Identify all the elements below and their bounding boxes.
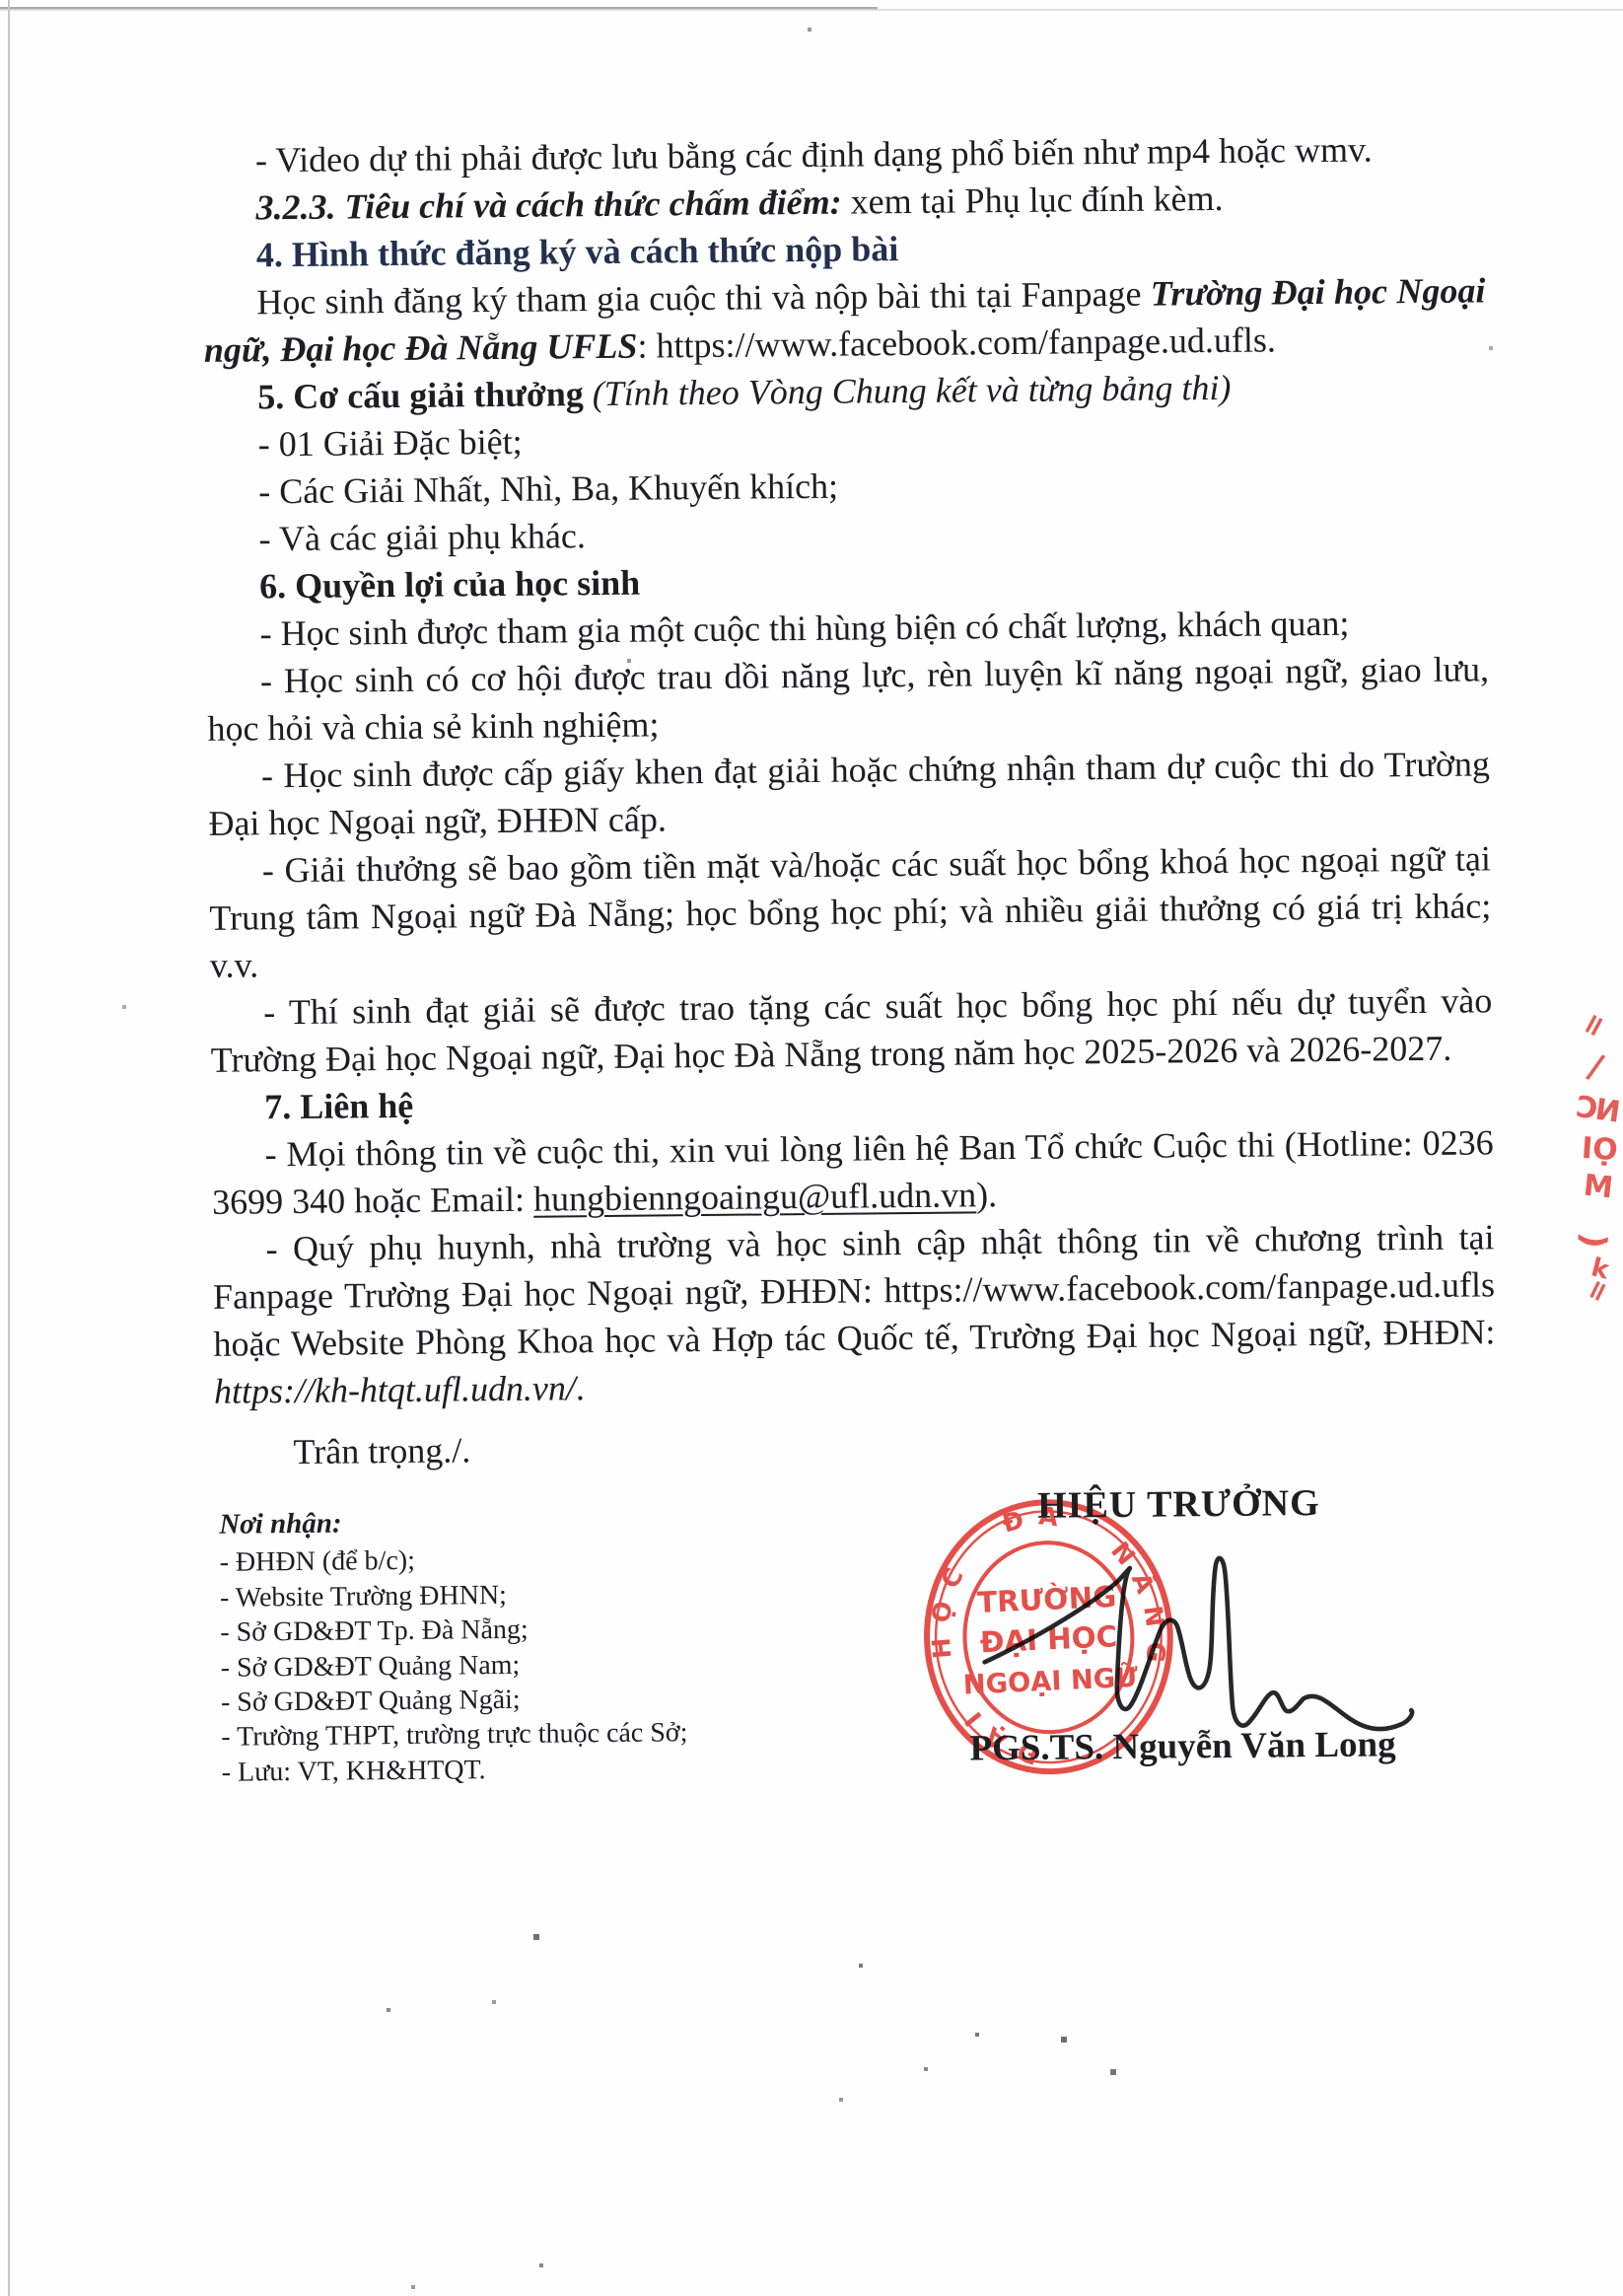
recipient-item: - Website Trường ĐHNN; — [220, 1576, 686, 1615]
khhtqt-url: https://kh-htqt.ufl.udn.vn/ — [214, 1368, 576, 1411]
recipients-block: Nơi nhận: - ĐHĐN (để b/c); - Website Trư… — [219, 1503, 688, 1790]
recipient-item: - Sở GD&ĐT Quảng Nam; — [221, 1646, 687, 1686]
recipient-item: - ĐHĐN (để b/c); — [219, 1542, 685, 1581]
section-5-heading: 5. Cơ cấu giải thưởng — [257, 374, 584, 416]
document-content: - Video dự thi phải được lưu bằng các đị… — [0, 0, 1623, 2296]
section-3-2-3-label: 3.2.3. Tiêu chí và cách thức chấm điểm: — [255, 182, 842, 228]
recipient-item: - Trường THPT, trường trực thuộc các Sở; — [221, 1716, 687, 1756]
contact-email: hungbienngoaingu@ufl.udn.vn — [533, 1175, 976, 1218]
recipient-item: - Sở GD&ĐT Tp. Đà Nẵng; — [220, 1611, 686, 1650]
section-5-note: (Tính theo Vòng Chung kết và từng bảng t… — [593, 368, 1232, 413]
updates-line: - Quý phụ huynh, nhà trường và học sinh … — [212, 1213, 1496, 1414]
benefit-item: - Thí sinh đạt giải sẽ được trao tặng cá… — [210, 976, 1493, 1083]
signer-name: PGS.TS. Nguyễn Văn Long — [969, 1723, 1396, 1769]
edge-stamp-fragment: NC — [1576, 1090, 1623, 1130]
scan-specks — [0, 0, 2, 2]
recipient-item: - Lưu: VT, KH&HTQT. — [222, 1751, 688, 1790]
scanned-document-page: - Video dự thi phải được lưu bằng các đị… — [0, 0, 1623, 2296]
edge-stamp-fragment: IỌ — [1581, 1131, 1619, 1168]
section-3-2-3-text: xem tại Phụ lục đính kèm. — [850, 179, 1223, 222]
contact-line: - Mọi thông tin về cuộc thi, xin vui lòn… — [211, 1118, 1494, 1225]
recipient-item: - Sở GD&ĐT Quảng Ngãi; — [221, 1681, 687, 1720]
benefit-item: - Học sinh có cơ hội được trau dồi năng … — [207, 645, 1490, 752]
edge-stamp-fragment: M — [1582, 1169, 1614, 1206]
document-body: - Video dự thi phải được lưu bằng các đị… — [0, 0, 1623, 1478]
fanpage-url: : https://www.facebook.com/fanpage.ud.uf… — [637, 320, 1276, 365]
benefit-item: - Giải thưởng sẽ bao gồm tiền mặt và/hoặ… — [209, 834, 1492, 988]
benefit-item: - Học sinh được cấp giấy khen đạt giải h… — [208, 740, 1491, 846]
closing-salutation: Trân trọng./. — [214, 1416, 1496, 1475]
section-4-body: Học sinh đăng ký tham gia cuộc thi và nộ… — [203, 266, 1486, 373]
recipients-label: Nơi nhận: — [219, 1503, 685, 1543]
signer-title: HIỆU TRƯỞNG — [1037, 1481, 1320, 1528]
